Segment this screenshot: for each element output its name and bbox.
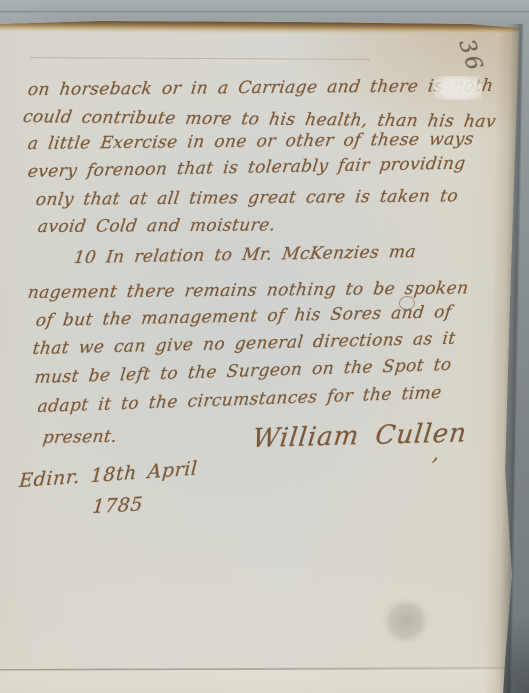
letter-line: only that at all times great care is tak… xyxy=(36,186,458,210)
paper-bottom-fold xyxy=(0,670,510,693)
dateline-year: 1785 xyxy=(92,493,144,518)
book-top-edge xyxy=(0,14,528,36)
paper-stain xyxy=(380,598,432,644)
scan-bed-line xyxy=(0,11,529,13)
paper-scratch-line xyxy=(30,57,370,60)
letter-line: avoid Cold and moisture. xyxy=(38,215,276,237)
letter-line: present. xyxy=(43,427,118,448)
paper-smudge xyxy=(434,76,482,100)
signature-flourish: , xyxy=(433,441,440,465)
manuscript-scan: 36 on horseback or in a Carriage and the… xyxy=(0,0,529,693)
letter-line: on horseback or in a Carriage and there … xyxy=(28,76,494,100)
